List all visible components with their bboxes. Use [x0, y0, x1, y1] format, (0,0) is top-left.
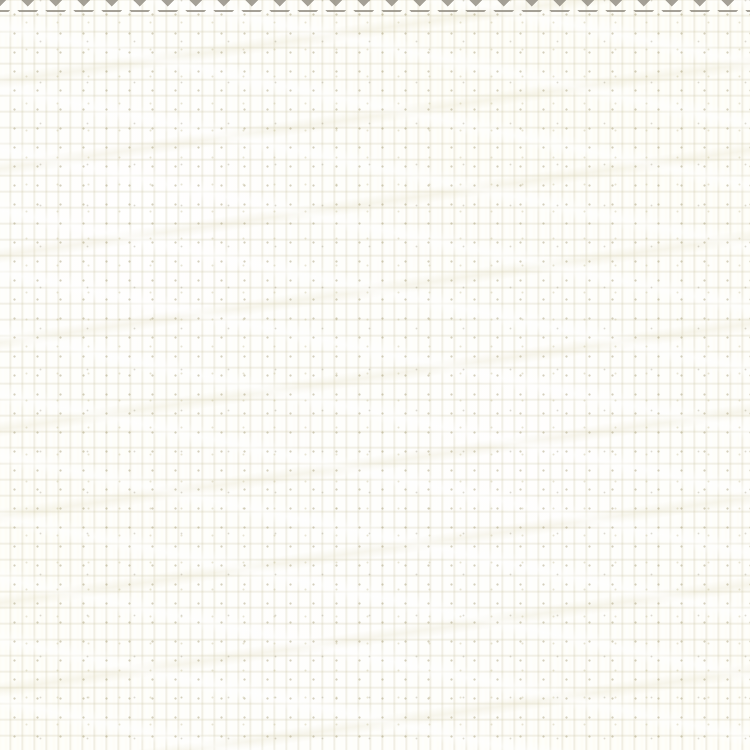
pinked-edge: [0, 0, 750, 12]
fabric-swatch: [0, 0, 750, 750]
fiber-speckles: [0, 0, 750, 750]
